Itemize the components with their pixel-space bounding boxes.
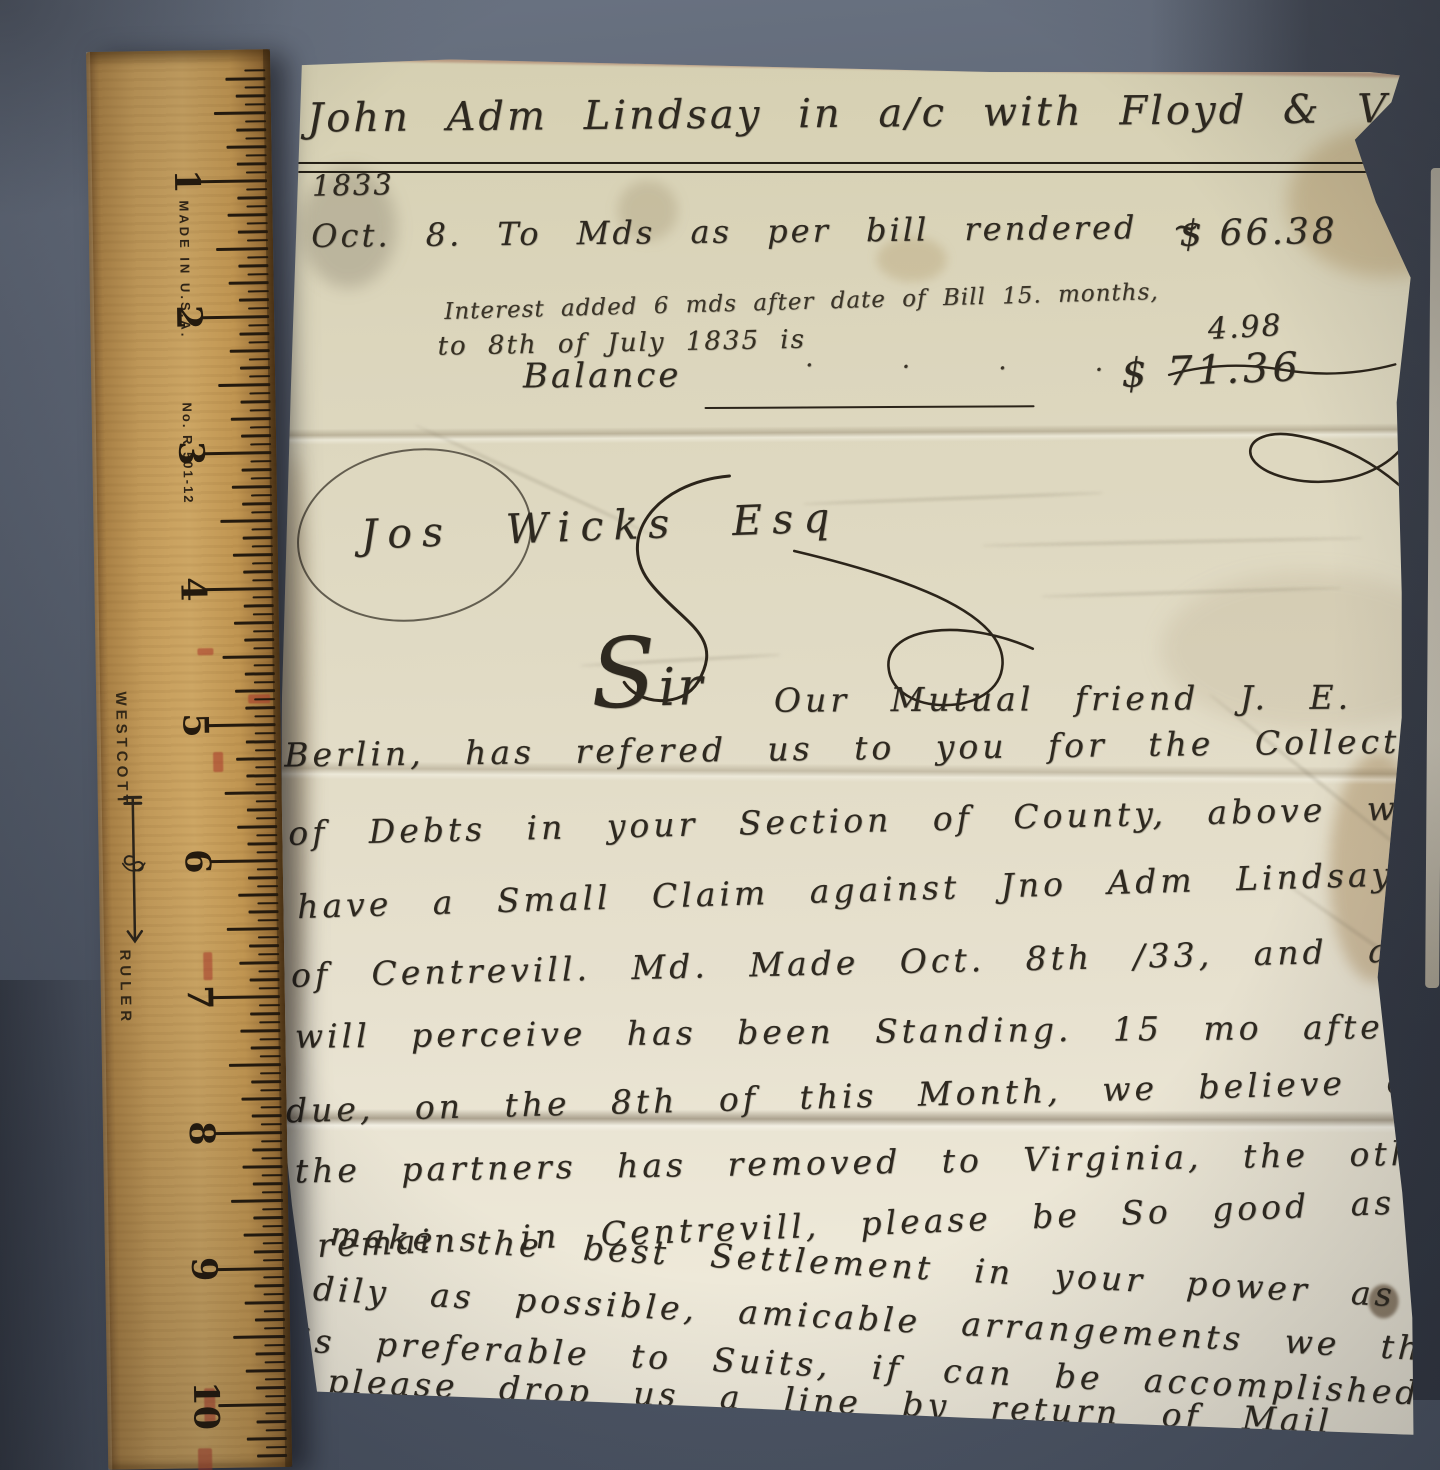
ruler-number-3: 3	[169, 429, 212, 478]
ruler-tick	[255, 749, 276, 752]
ruler-tick	[242, 468, 272, 471]
ruler-tick	[264, 1344, 285, 1347]
ledger-balance-label: Balance	[523, 356, 682, 397]
ruler-tick	[233, 553, 273, 556]
ruler-tick	[260, 1055, 281, 1058]
ruler-tick	[254, 715, 275, 718]
ruler-tick	[264, 1310, 285, 1313]
ruler-tick	[252, 1114, 282, 1117]
ruler-tick	[250, 409, 271, 412]
ruler-tick	[250, 426, 271, 429]
ruler-tick	[239, 961, 279, 964]
ruler-inch-tick	[205, 587, 273, 591]
ruler-tick	[244, 604, 274, 607]
ruler-product-text: RULER	[116, 949, 134, 1026]
ruler-tick	[249, 341, 270, 344]
ruler-inch-tick	[199, 179, 267, 183]
ruler-tick	[263, 1242, 284, 1245]
ruler-tick	[256, 817, 277, 820]
red-paint-residue	[198, 1448, 212, 1470]
stain	[1287, 126, 1440, 279]
ruler-tick	[246, 171, 267, 174]
ruler-tick	[245, 137, 266, 140]
ruler-tick	[255, 732, 276, 735]
ruler-tick	[240, 366, 270, 369]
ruler-tick	[240, 1029, 280, 1032]
photo-scene: MADE IN U.S.A. No. R 501-12 WESTCOTT RUL…	[0, 0, 1440, 1470]
ruler-tick	[250, 1012, 280, 1015]
red-paint-residue	[213, 752, 223, 772]
ruler-tick	[253, 647, 274, 650]
ruler-number-7: 7	[177, 973, 220, 1022]
ruler-inch-tick	[216, 1267, 284, 1271]
body-line: due, on the 8th of this Month, we believ…	[285, 1059, 1440, 1131]
ruler-tick	[246, 205, 267, 208]
ruler-tick	[253, 613, 274, 616]
ruler-tick	[247, 808, 277, 811]
ruler-tick	[262, 1191, 283, 1194]
paper-edge-sliver	[1425, 168, 1440, 988]
ruler-tick	[249, 375, 270, 378]
ruler-tick	[252, 562, 273, 565]
ruler-tick	[246, 1369, 286, 1372]
ruler-tick	[228, 213, 268, 216]
ruler-number-8: 8	[180, 1109, 223, 1158]
ruler-tick	[238, 264, 268, 267]
ruler-tick	[241, 434, 271, 437]
ruler-tick	[251, 494, 272, 497]
ruler-tick	[237, 162, 267, 165]
ruler-tick	[248, 307, 269, 310]
ruler-tick	[264, 1327, 285, 1330]
ruler-tick	[236, 128, 266, 131]
ruler-tick	[237, 825, 277, 828]
ruler-tick	[257, 851, 278, 854]
ink-bleedthrough	[1209, 694, 1428, 871]
ruler-tick	[262, 1225, 283, 1228]
ruler-tick	[259, 1021, 280, 1024]
ruler-tick	[249, 358, 270, 361]
ruler-tick	[256, 1386, 286, 1389]
ruler-tick	[239, 298, 269, 301]
ruler-tick	[266, 1446, 287, 1449]
ruler-tick	[250, 460, 271, 463]
heading-double-underline	[298, 162, 1423, 173]
ruler-tick	[253, 630, 274, 633]
ruler-tick	[244, 1233, 284, 1236]
ruler-tick	[251, 477, 272, 480]
ruler-tick	[249, 392, 270, 395]
body-line: the partners has removed to Virginia, th…	[294, 1133, 1440, 1190]
ruler-tick	[220, 519, 272, 522]
red-paint-residue	[197, 648, 213, 655]
ruler-tick	[246, 774, 276, 777]
ruler-tick	[245, 120, 266, 123]
ruler-tick	[258, 970, 279, 973]
ruler-tick	[258, 953, 279, 956]
body-line: will perceive has been Standing. 15 mo a…	[295, 1006, 1440, 1056]
ruler-tick	[232, 485, 272, 488]
ruler-tick	[231, 417, 271, 420]
ruler-tick	[245, 103, 266, 106]
ruler-number-1: 1	[165, 157, 208, 206]
ruler-tick	[230, 349, 270, 352]
ruler-tick	[225, 791, 277, 794]
ruler-inch-tick	[210, 859, 278, 863]
ruler-inch-tick	[201, 315, 269, 319]
ruler-inch-tick	[203, 451, 271, 455]
wooden-ruler: MADE IN U.S.A. No. R 501-12 WESTCOTT RUL…	[86, 49, 292, 1470]
ruler-tick	[264, 1293, 285, 1296]
ruler-tick	[216, 247, 268, 250]
ruler-tick	[261, 1157, 282, 1160]
ruler-tick	[262, 1208, 283, 1211]
ruler-tick	[252, 545, 273, 548]
ruler-tick	[261, 1140, 282, 1143]
ruler-tick	[255, 1318, 285, 1321]
ruler-tick	[251, 511, 272, 514]
ruler-tick	[247, 273, 268, 276]
ruler-number-6: 6	[175, 837, 218, 886]
ruler-tick	[254, 698, 275, 701]
ruler-tick	[236, 757, 276, 760]
ruler-brand-text: WESTCOTT	[112, 691, 131, 807]
ruler-tick	[240, 400, 270, 403]
ruler-tick	[259, 1004, 280, 1007]
ruler-tick	[254, 1250, 284, 1253]
ruler-tick	[256, 783, 277, 786]
ruler-tick	[251, 528, 272, 531]
ruler-tick	[253, 596, 274, 599]
salutation: Sir	[588, 615, 705, 731]
ledger-year: 1833	[312, 167, 394, 203]
ruler-tick	[257, 902, 278, 905]
ruler-tick	[248, 290, 269, 293]
body-line: of Centrevill. Md. Made Oct. 8th /33, an…	[291, 928, 1440, 995]
ruler-tick	[249, 944, 279, 947]
weathervane-logo-icon	[116, 793, 152, 944]
ruler-tick	[244, 69, 265, 72]
ruler-tick	[247, 1437, 287, 1440]
ruler-tick	[229, 281, 269, 284]
balance-swash	[1139, 398, 1431, 523]
ruler-tick	[246, 188, 267, 191]
ruler-tick	[245, 1301, 285, 1304]
ledger-entry-amount: $ 66.38	[1179, 211, 1338, 255]
ruler-tick	[249, 910, 279, 913]
ruler-tick	[248, 324, 269, 327]
ruler-tick	[259, 987, 280, 990]
ruler-tick	[238, 230, 268, 233]
ledger-dot-leaders: . . . .	[805, 343, 1103, 378]
ruler-tick	[243, 536, 273, 539]
ruler-tick	[260, 1089, 281, 1092]
ruler-tick	[254, 1284, 284, 1287]
ruler-tick	[250, 443, 271, 446]
body-line: Berlin, has refered us to you for the Co…	[284, 721, 1440, 774]
ruler-tick	[227, 927, 279, 930]
ruler-tick	[246, 154, 267, 157]
ruler-number-5: 5	[173, 701, 216, 750]
ruler-tick	[225, 77, 265, 80]
ruler-tick	[214, 111, 266, 114]
ruler-tick	[260, 1038, 281, 1041]
ruler-tick	[257, 885, 278, 888]
ruler-tick	[247, 842, 277, 845]
ruler-tick	[256, 834, 277, 837]
ruler-tick	[252, 579, 273, 582]
ruler-tick	[226, 145, 266, 148]
ruler-tick	[254, 681, 275, 684]
ruler-tick	[246, 740, 276, 743]
ruler-tick	[236, 94, 266, 97]
ruler-tick	[258, 936, 279, 939]
ruler-tick	[229, 1063, 281, 1066]
ruler-inch-tick	[214, 1131, 282, 1135]
ruler-tick	[255, 766, 276, 769]
ruler-tick	[257, 1420, 287, 1423]
ruler-tick	[256, 800, 277, 803]
ruler-inch-tick	[212, 995, 280, 999]
ruler-tick	[244, 638, 274, 641]
ledger-balance-amount: $ 71.36	[1120, 344, 1302, 397]
ruler-tick	[263, 1259, 284, 1262]
ruler-tick	[247, 222, 268, 225]
ledger-entry-text: Oct. 8. To Mds as per bill rendered ~	[311, 208, 1202, 255]
ruler-tick	[261, 1123, 282, 1126]
body-line: have a Small Claim against Jno Adm Linds…	[297, 855, 1395, 927]
ruler-tick	[238, 893, 278, 896]
ruler-tick	[252, 1148, 282, 1151]
ruler-tick	[243, 1165, 283, 1168]
ruler-inch-tick	[218, 1403, 286, 1407]
ledger-heading: John Adm Lindsay in a/c with Floyd & V. …	[307, 84, 1440, 142]
ruler-number-9: 9	[182, 1245, 225, 1294]
ruler-tick	[261, 1106, 282, 1109]
ruler-tick	[263, 1276, 284, 1279]
ruler-tick	[242, 502, 272, 505]
ruler-inch-tick	[208, 723, 276, 727]
ruler-tick	[251, 1080, 281, 1083]
ruler-tick	[247, 256, 268, 259]
ruler-tick	[253, 1216, 283, 1219]
ruler-tick	[248, 876, 278, 879]
paper-top-edge	[290, 55, 1435, 78]
ruler-number-10: 10	[184, 1381, 227, 1430]
ruler-tick	[250, 978, 280, 981]
ruler-tick	[239, 332, 269, 335]
ruler-tick	[257, 868, 278, 871]
ruler-tick	[218, 383, 270, 386]
ruler-tick	[265, 1378, 286, 1381]
ruler-tick	[237, 196, 267, 199]
ruler-tick	[262, 1174, 283, 1177]
ledger-interest-amount: 4.98	[1207, 308, 1284, 347]
ruler-tick	[243, 570, 273, 573]
letter-paper: John Adm Lindsay in a/c with Floyd & V. …	[269, 55, 1435, 1438]
ruler-tick	[223, 655, 275, 658]
ruler-tick	[245, 86, 266, 89]
ruler-tick	[245, 706, 275, 709]
ruler-tick	[235, 689, 275, 692]
balance-dash	[705, 405, 1035, 409]
ruler-tick	[260, 1072, 281, 1075]
ruler-tick	[265, 1412, 286, 1415]
ruler-tick	[265, 1361, 286, 1364]
ruler-tick	[233, 1335, 285, 1338]
ledger-interest-line1: Interest added 6 mds after date of Bill …	[444, 279, 1159, 325]
ruler-number-4: 4	[171, 565, 214, 614]
ruler-tick	[255, 1352, 285, 1355]
letter-opening: Our Mutual friend J. E.	[774, 678, 1352, 720]
ruler-tick	[247, 239, 268, 242]
ruler-tick	[245, 672, 275, 675]
ruler-tick	[265, 1395, 286, 1398]
ruler-tick	[241, 1097, 281, 1100]
ruler-number-2: 2	[167, 293, 210, 342]
ruler-tick	[266, 1429, 287, 1432]
ruler-tick	[231, 1199, 283, 1202]
ruler-tick	[254, 664, 275, 667]
ruler-tick	[257, 1454, 287, 1457]
ruler-tick	[251, 1046, 281, 1049]
ruler-tick	[253, 1182, 283, 1185]
ruler-tick	[258, 919, 279, 922]
ruler-tick	[234, 621, 274, 624]
body-line: of Debts in your Section of County, abov…	[288, 788, 1423, 853]
